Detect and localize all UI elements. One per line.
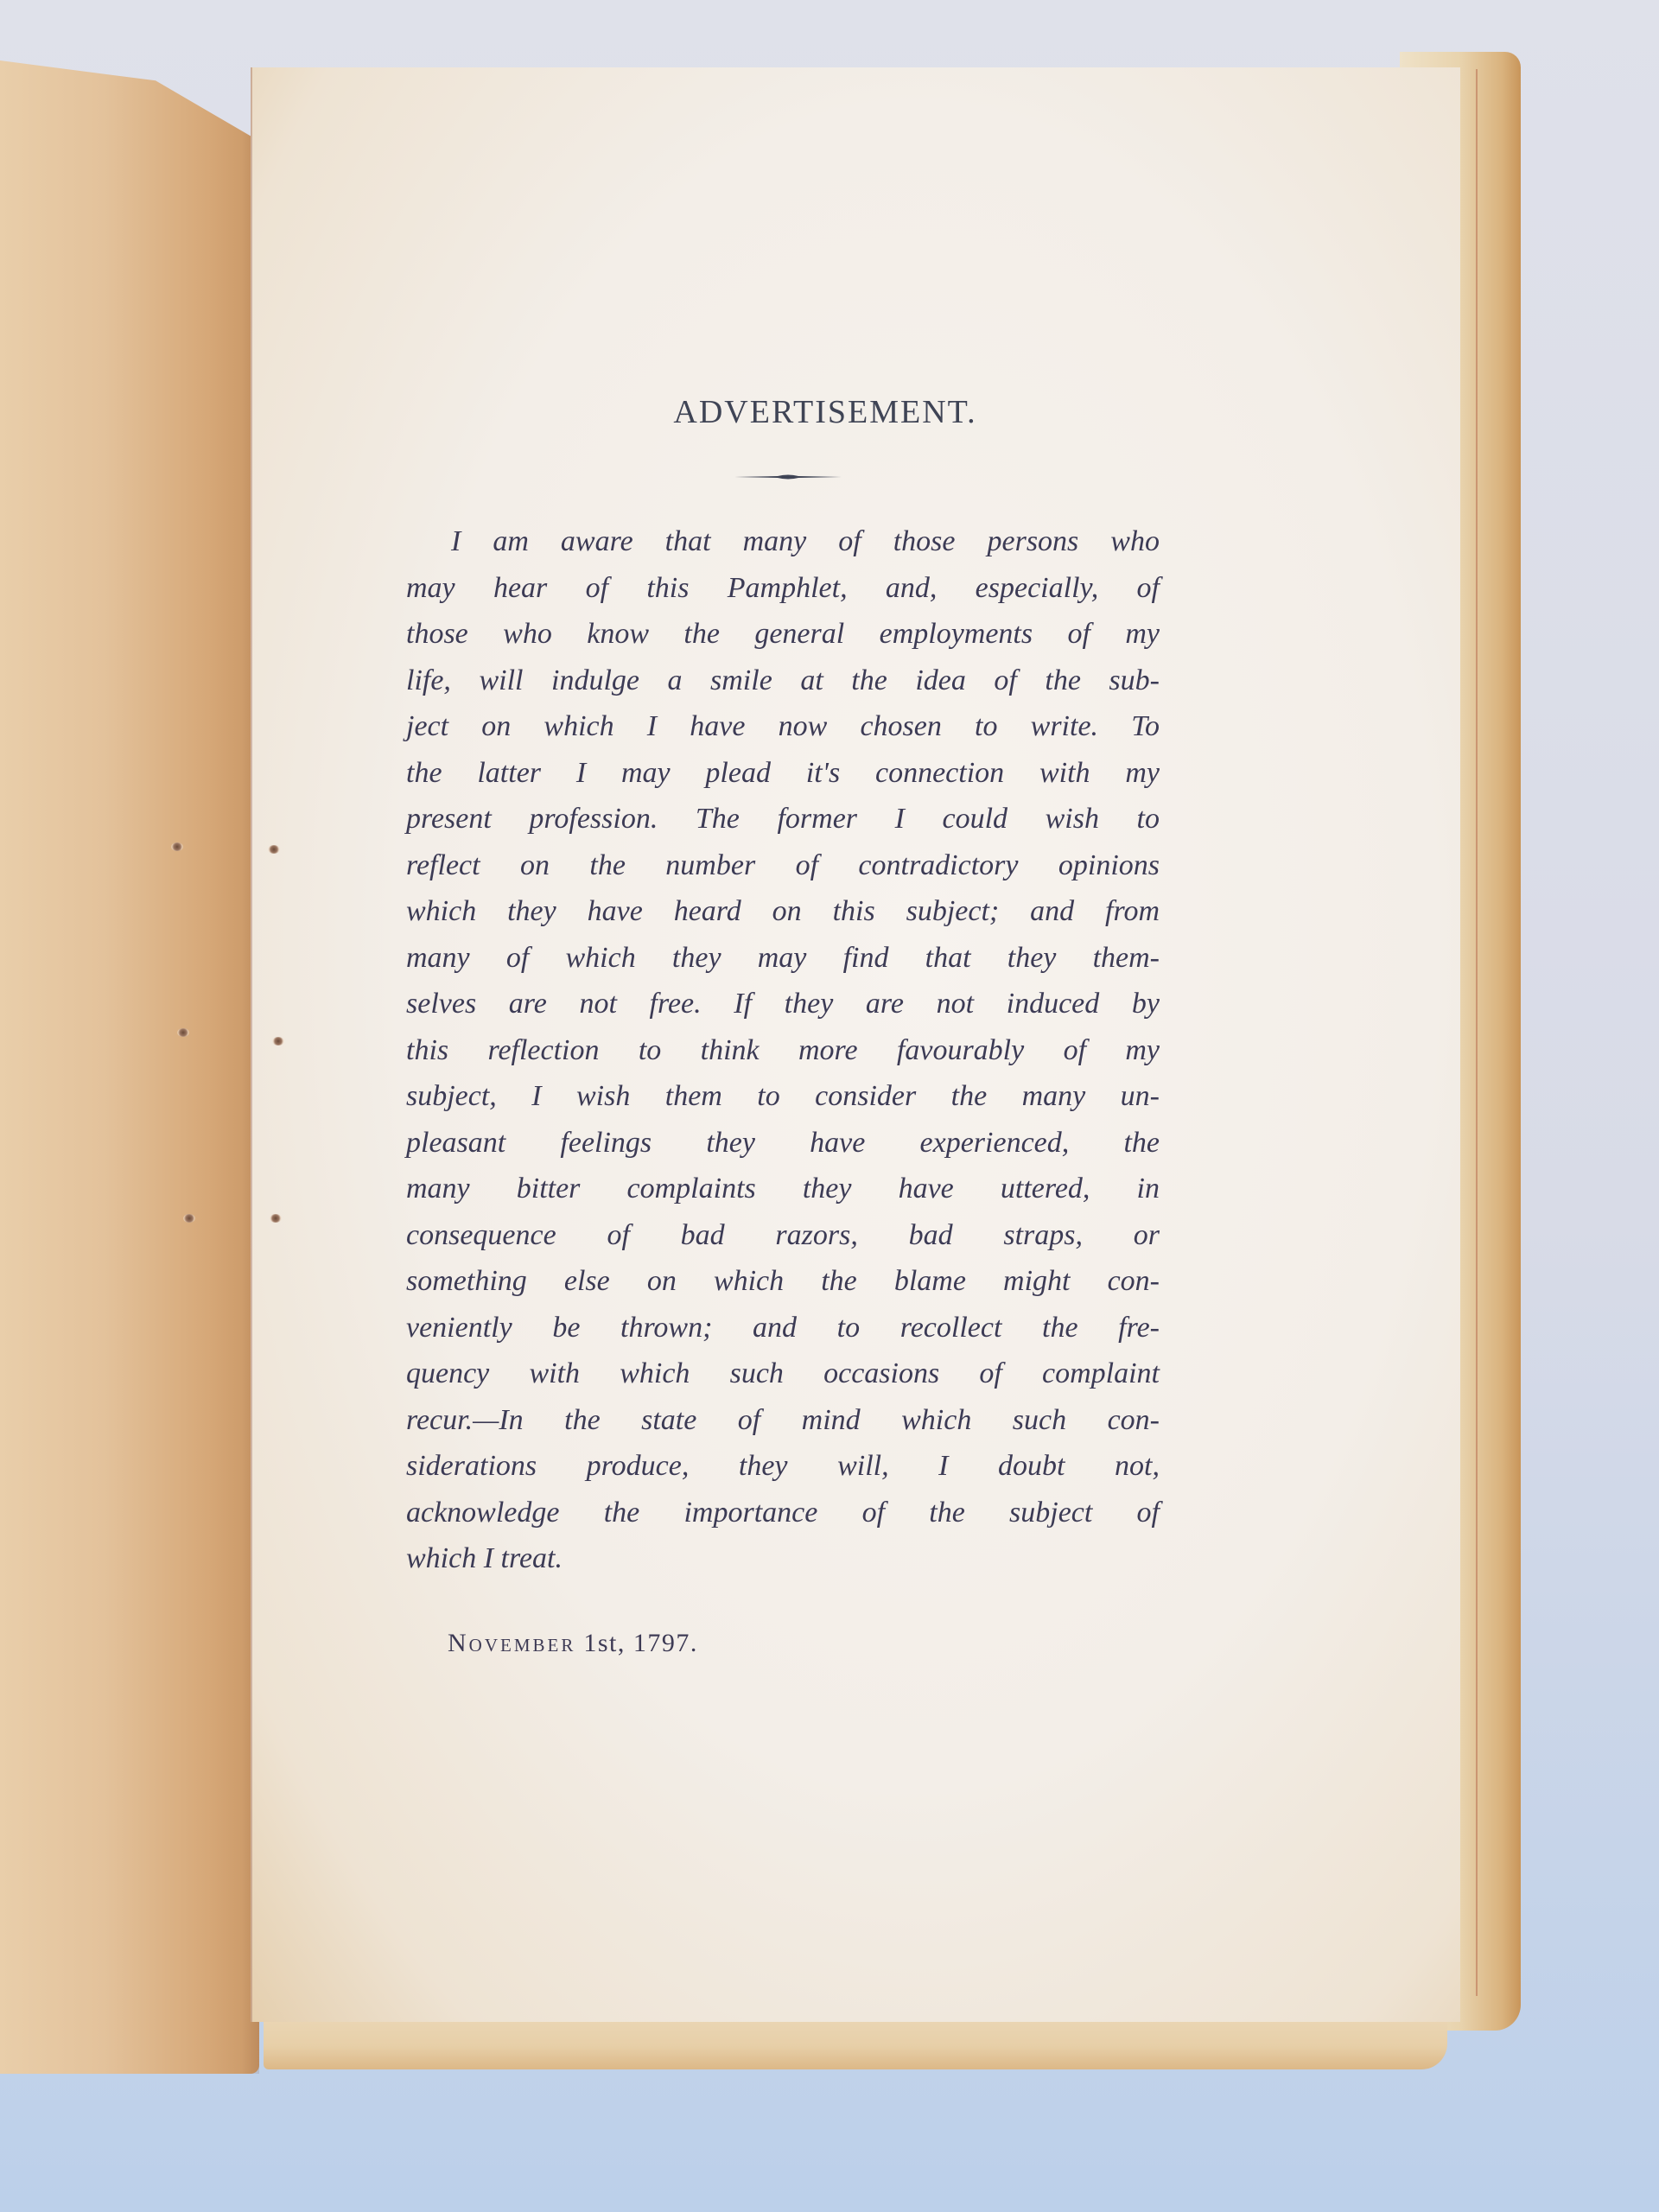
left-page bbox=[0, 60, 259, 2074]
text-line: ject on which I have now chosen to write… bbox=[406, 703, 1160, 750]
text-line: which they have heard on this subject; a… bbox=[406, 888, 1160, 935]
binding-hole bbox=[177, 1028, 189, 1037]
text-line: may hear of this Pamphlet, and, especial… bbox=[406, 565, 1160, 612]
text-line: those who know the general employments o… bbox=[406, 611, 1160, 658]
text-line: acknowledge the importance of the subjec… bbox=[406, 1490, 1160, 1536]
text-line: subject, I wish them to consider the man… bbox=[406, 1073, 1160, 1120]
date-rest: 1st, 1797. bbox=[575, 1629, 698, 1657]
body-text: I am aware that many of those persons wh… bbox=[406, 518, 1160, 1582]
binding-hole bbox=[268, 845, 280, 854]
text-line: veniently be thrown; and to recollect th… bbox=[406, 1305, 1160, 1351]
text-line: I am aware that many of those persons wh… bbox=[406, 518, 1160, 565]
date-line: November 1st, 1797. bbox=[448, 1629, 698, 1658]
text-line: siderations produce, they will, I doubt … bbox=[406, 1443, 1160, 1490]
text-line: which I treat. bbox=[406, 1535, 1160, 1582]
page-heading: ADVERTISEMENT. bbox=[0, 393, 1659, 431]
date-month: November bbox=[448, 1629, 575, 1657]
text-line: present profession. The former I could w… bbox=[406, 796, 1160, 842]
text-line: quency with which such occasions of comp… bbox=[406, 1351, 1160, 1397]
text-line: pleasant feelings they have experienced,… bbox=[406, 1120, 1160, 1166]
binding-hole bbox=[171, 842, 183, 851]
text-line: something else on which the blame might … bbox=[406, 1258, 1160, 1305]
binding-hole bbox=[270, 1214, 282, 1223]
text-line: many of which they may find that they th… bbox=[406, 935, 1160, 982]
ornament-rule-icon bbox=[734, 474, 842, 480]
text-line: selves are not free. If they are not ind… bbox=[406, 981, 1160, 1027]
text-line: life, will indulge a smile at the idea o… bbox=[406, 658, 1160, 704]
text-line: reflect on the number of contradictory o… bbox=[406, 842, 1160, 889]
text-line: the latter I may plead it's connection w… bbox=[406, 750, 1160, 797]
text-line: many bitter complaints they have uttered… bbox=[406, 1166, 1160, 1212]
text-line: recur.—In the state of mind which such c… bbox=[406, 1397, 1160, 1444]
binding-hole bbox=[272, 1037, 284, 1046]
text-line: this reflection to think more favourably… bbox=[406, 1027, 1160, 1074]
text-line: consequence of bad razors, bad straps, o… bbox=[406, 1212, 1160, 1259]
binding-hole bbox=[183, 1214, 195, 1223]
